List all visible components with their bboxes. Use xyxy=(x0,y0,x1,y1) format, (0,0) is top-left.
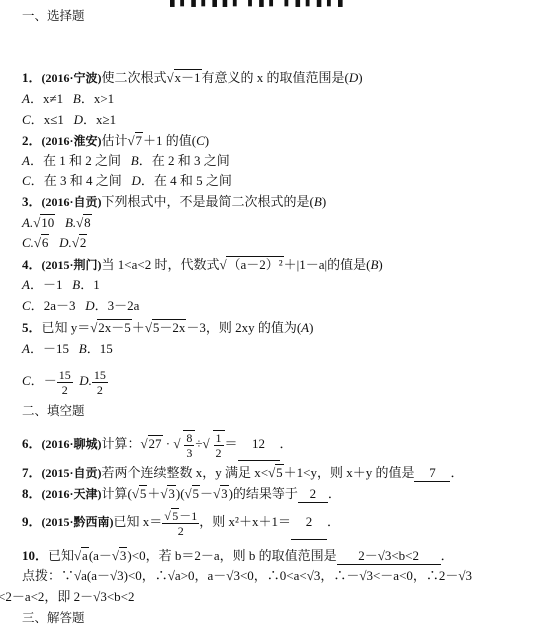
opt-label: C xyxy=(22,373,31,388)
option-b: 15 xyxy=(100,341,113,356)
radical: 83 xyxy=(173,428,195,460)
option-a: －1 xyxy=(43,277,63,292)
option-d: 在 4 和 5 之间 xyxy=(154,173,232,188)
question-9: 9．(2015·黔西南)已知 x＝5－12，则 x²＋x＋1＝2． xyxy=(22,505,340,540)
question-7: 7．(2015·自贡)若两个连续整数 x，y 满足 x<5＋1<y，则 x＋y … xyxy=(22,465,463,482)
option-a: x≠1 xyxy=(43,91,63,106)
radical: 2 xyxy=(72,235,88,251)
radical: 5 xyxy=(268,465,284,481)
option-b: x>1 xyxy=(94,91,114,106)
denominator: 2 xyxy=(216,446,222,460)
radical: 3 xyxy=(213,486,229,502)
numerator: 5－1 xyxy=(162,509,199,524)
denominator: 2 xyxy=(178,524,184,538)
numerator: 15 xyxy=(92,368,108,383)
q-text: 有意义的 x 的取值范围是( xyxy=(202,70,349,85)
option-a: －15 xyxy=(43,341,69,356)
answer-blank[interactable]: 7 xyxy=(414,465,450,482)
radical: a xyxy=(74,548,89,564)
radicand: 2x－5 xyxy=(97,319,132,335)
radicand: 3 xyxy=(119,547,128,563)
q-text: 已知 xyxy=(48,548,74,563)
q-number: 1． xyxy=(22,70,42,85)
radical: 6 xyxy=(34,235,50,251)
opt-label: B xyxy=(131,153,139,168)
section-choice: 一、选择题 xyxy=(22,8,85,24)
option-c: 2a－3 xyxy=(44,298,76,313)
question-2: 2．(2016·淮安)估计7＋1 的值(C) xyxy=(22,133,209,149)
fraction: 12 xyxy=(213,430,225,460)
section-answer: 三、解答题 xyxy=(22,610,85,626)
question-8: 8．(2016·天津)计算(5＋3)(5－3)的结果等于2． xyxy=(22,486,341,503)
opt-label: D xyxy=(131,173,140,188)
option-b: 在 2 和 3 之间 xyxy=(152,153,230,168)
q-text: 已知 x＝ xyxy=(114,514,163,529)
radical: 12 xyxy=(203,428,225,460)
q-text: － xyxy=(200,486,213,501)
q-text: ＋ xyxy=(147,486,160,501)
question-5: 5．已知 y＝2x－5＋5－2x－3，则 2xy 的值为(A) xyxy=(22,320,313,336)
radical: 8 xyxy=(76,215,92,231)
numerator: 15 xyxy=(57,368,73,383)
q-source: (2015·自贡) xyxy=(42,466,102,480)
q-text: －3，则 2xy 的值为( xyxy=(186,320,301,335)
q-text: ) xyxy=(205,133,209,148)
option-a: 在 1 和 2 之间 xyxy=(43,153,121,168)
option-d: 2 xyxy=(79,234,88,250)
radical: 5 xyxy=(132,486,148,502)
opt-label: D xyxy=(74,112,83,127)
q-text: ÷ xyxy=(195,436,202,451)
q-source: (2016·自贡) xyxy=(42,195,102,209)
q-text: · xyxy=(163,436,174,451)
opt-label: A xyxy=(22,153,30,168)
opt-label: C xyxy=(22,298,31,313)
option-a: 10 xyxy=(40,214,55,230)
q-text: )<0，若 b＝2－a，则 b 的取值范围是 xyxy=(127,548,336,563)
q-text: 计算( xyxy=(102,486,132,501)
q-text: 当 1<a<2 时，代数式 xyxy=(102,257,220,272)
q-text: ＝ xyxy=(225,436,238,451)
opt-label: B xyxy=(73,91,81,106)
answer-blank[interactable]: 2 xyxy=(291,505,327,540)
question-4: 4．(2015·荆门)当 1<a<2 时，代数式（a－2）²＋|1－a|的值是(… xyxy=(22,257,383,273)
q-number: 4． xyxy=(22,257,42,272)
q-source: (2015·黔西南) xyxy=(42,515,114,529)
opt-label: D. xyxy=(79,373,92,388)
fraction: 152 xyxy=(92,368,108,397)
numerator: 1 xyxy=(214,431,224,446)
radical: （a－2）² xyxy=(219,257,283,273)
question-10: 10．已知a(a－3)<0，若 b＝2－a，则 b 的取值范围是2－√3<b<2… xyxy=(22,548,454,565)
q-text: ) xyxy=(309,320,313,335)
radicand: a xyxy=(81,547,89,563)
opt-label: B xyxy=(72,277,80,292)
q-number: 2． xyxy=(22,133,42,148)
minus-sign: － xyxy=(44,373,57,388)
option-b: 1 xyxy=(93,277,100,292)
hint-line-2: <2－a<2，即 2－√3<b<2 xyxy=(0,589,134,605)
radical: 3 xyxy=(160,486,176,502)
q-number: 6． xyxy=(22,436,42,451)
hint-line-1: 点拨：∵√a(a－√3)<0，∴√a>0，a－√3<0，∴0<a<√3，∴－√3… xyxy=(22,568,472,584)
radicand: 7 xyxy=(135,132,144,148)
q-number: 10． xyxy=(22,548,48,563)
q-text: ． xyxy=(327,514,340,529)
radical: 3 xyxy=(112,548,128,564)
q-text: ． xyxy=(441,548,454,563)
q-source: (2016·聊城) xyxy=(42,437,102,451)
numerator-rest: －1 xyxy=(179,509,197,523)
options-2ab: A．在 1 和 2 之间 B．在 2 和 3 之间 xyxy=(22,153,230,169)
denominator: 2 xyxy=(62,383,68,397)
q-text: ＋|1－a|的值是( xyxy=(284,257,371,272)
options-1cd: C．x≤1 D．x≥1 xyxy=(22,112,116,128)
q-text: ，则 x²＋x＋1＝ xyxy=(199,514,291,529)
q-text: )的结果等于 xyxy=(229,486,298,501)
q-text: 下列根式中，不是最简二次根式的是( xyxy=(102,194,314,209)
q-text: ) xyxy=(358,70,362,85)
option-c: 在 3 和 4 之间 xyxy=(44,173,122,188)
answer-blank[interactable]: 2 xyxy=(298,486,328,503)
q-text: ) xyxy=(322,194,326,209)
option-b: 8 xyxy=(83,214,92,230)
radicand: 5－2x xyxy=(152,319,187,335)
options-5ab: A．－15 B．15 xyxy=(22,341,113,357)
fraction: 83 xyxy=(183,430,195,460)
question-1: 1．(2016·宁波)使二次根式x－1有意义的 x 的取值范围是(D) xyxy=(22,70,363,86)
q-source: (2015·荆门) xyxy=(42,258,102,272)
answer-blank[interactable]: 2－√3<b<2 xyxy=(337,548,441,565)
radicand: 5 xyxy=(139,485,148,501)
q-text: ＋1 的值( xyxy=(143,133,196,148)
denominator: 2 xyxy=(97,383,103,397)
opt-label: C xyxy=(22,112,31,127)
q-text: 计算： xyxy=(102,436,141,451)
options-2cd: C．在 3 和 4 之间 D．在 4 和 5 之间 xyxy=(22,173,232,189)
options-3cd: C.6 D.2 xyxy=(22,235,87,251)
opt-label: A. xyxy=(22,215,33,230)
q-text: ＋ xyxy=(132,320,145,335)
q-number: 5． xyxy=(22,320,42,335)
q-text: 若两个连续整数 x，y 满足 x< xyxy=(102,465,269,480)
radicand: 5 xyxy=(275,464,284,480)
radical: x－1 xyxy=(167,70,202,86)
q-source: (2016·天津) xyxy=(42,487,102,501)
q-text: ＋1<y，则 x＋y 的值是 xyxy=(284,465,415,480)
radical: 5 xyxy=(185,486,201,502)
options-1ab: A．x≠1 B．x>1 xyxy=(22,91,114,107)
radical: 5 xyxy=(164,509,179,523)
option-d: 3－2a xyxy=(108,298,140,313)
opt-label: A xyxy=(22,341,30,356)
q-number: 8． xyxy=(22,486,42,501)
q-text: ) xyxy=(378,257,382,272)
q-text: 使二次根式 xyxy=(102,70,167,85)
section-fill-blank: 二、填空题 xyxy=(22,403,85,419)
radicand: 5 xyxy=(192,485,201,501)
numerator: 8 xyxy=(184,431,194,446)
options-4cd: C．2a－3 D．3－2a xyxy=(22,298,139,314)
q-text: ． xyxy=(280,436,293,451)
q-text: ． xyxy=(450,465,463,480)
radicand: 5 xyxy=(171,508,179,523)
option-d: x≥1 xyxy=(96,112,116,127)
radicand: （a－2）² xyxy=(226,256,283,272)
opt-label: C. xyxy=(22,235,34,250)
q-number: 3． xyxy=(22,194,42,209)
radicand: 3 xyxy=(167,485,176,501)
fraction: 152 xyxy=(57,368,73,397)
opt-label: D. xyxy=(59,235,72,250)
q-number: 7． xyxy=(22,465,42,480)
option-c: 6 xyxy=(41,234,50,250)
options-3ab: A.10 B.8 xyxy=(22,215,92,231)
q-source: (2016·宁波) xyxy=(42,71,102,85)
radical: 2x－5 xyxy=(90,320,132,336)
radicand: 3 xyxy=(220,485,229,501)
answer: D xyxy=(349,70,358,85)
q-text: 估计 xyxy=(102,133,128,148)
radical: 7 xyxy=(128,133,144,149)
options-5cd: C．－152 D.152 xyxy=(22,366,108,397)
opt-label: D xyxy=(85,298,94,313)
q-text: 已知 y＝ xyxy=(42,320,91,335)
opt-label: A xyxy=(22,277,30,292)
answer: C xyxy=(196,133,205,148)
cut-off-title: ▌▍▌▍▌▌▍ ▍▌▍ ▍▌▍▌▍▌ xyxy=(170,0,348,7)
q-source: (2016·淮安) xyxy=(42,134,102,148)
options-4ab: A．－1 B．1 xyxy=(22,277,100,293)
answer: A xyxy=(301,320,309,335)
q-text: (a－ xyxy=(89,548,112,563)
radical: 10 xyxy=(33,215,55,231)
radical: 27 xyxy=(141,428,163,460)
answer-blank[interactable]: 12 xyxy=(238,428,280,461)
answer: B xyxy=(314,194,322,209)
fraction: 5－12 xyxy=(162,509,199,538)
opt-label: B xyxy=(79,341,87,356)
question-6: 6．(2016·聊城)计算：27 · 83÷12＝12． xyxy=(22,428,293,461)
opt-label: C xyxy=(22,173,31,188)
denominator: 3 xyxy=(186,446,192,460)
q-number: 9． xyxy=(22,514,42,529)
radical: 5－2x xyxy=(145,320,187,336)
opt-label: A xyxy=(22,91,30,106)
q-text: )( xyxy=(176,486,185,501)
question-3: 3．(2016·自贡)下列根式中，不是最简二次根式的是(B) xyxy=(22,194,326,210)
opt-label: B. xyxy=(65,215,76,230)
q-text: ． xyxy=(328,486,341,501)
option-c: x≤1 xyxy=(44,112,64,127)
radicand: x－1 xyxy=(174,69,202,85)
radicand: 27 xyxy=(148,435,163,451)
